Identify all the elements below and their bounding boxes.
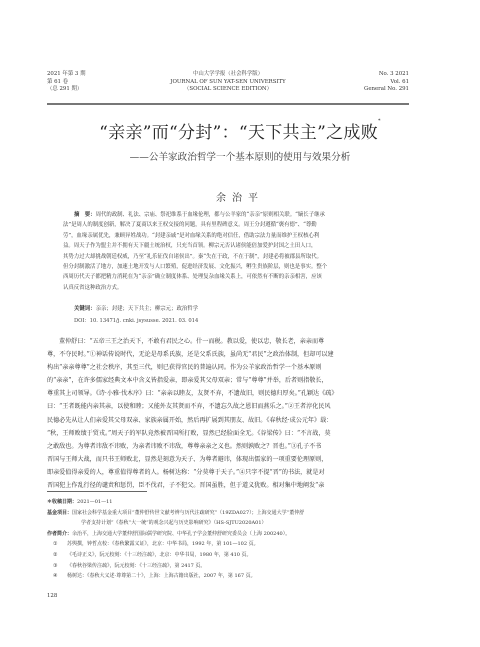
keywords-text: 亲亲；封建；天下共主；柳宗元；政治哲学 (96, 306, 198, 312)
footnotes: ＊收稿日期：2021—01—11 基金项目：国家社会科学基金重大项目“董仲舒传世… (47, 497, 409, 582)
abstract-line: 西周历代天子都把精力消耗在为“亲亲”确立制度体系、处理复杂血缘关系上，可依然有不… (63, 272, 409, 282)
footnote-text: 杨树达：《春秋大义述·尊尊第二十》，上海：上海古籍出版社，2007 年，第 16… (67, 573, 256, 579)
received-date: ＊收稿日期：2021—01—11 (47, 497, 409, 508)
abstract-label: 摘 要： (74, 212, 96, 218)
author-info: 作者简介：余治平，上海交通大学董仲舒国际儒学研究院、中华孔子学会董仲舒研究委员会… (47, 529, 409, 540)
body-text: 董仲舒曰：“五帝三王之治天下，不敢有君民之心。什一而税。教以爱，使以忠，敬长老，… (47, 335, 409, 492)
article-title: “亲亲”而“分封”：“天下共主”之成败* (0, 118, 480, 143)
body-line: 的“亲亲”，在许多儒家经典文本中含义皆指爱亲，即亲爱其父母双亲；常与“尊尊”并举… (47, 374, 409, 387)
footnote-number: ④ (47, 571, 67, 582)
running-header: 2021 年第 3 期 第 61 卷 （总 291 期） 中山大学学报（社会科学… (47, 71, 409, 101)
journal-edition-en: （SOCIAL SCIENCE EDITION） (47, 86, 409, 94)
header-divider (47, 103, 409, 105)
footnote-item: ②《毛诗正义》，阮元校刻：《十三经注疏》，北京：中华书局，1980 年，第 41… (47, 550, 409, 561)
article-author: 余治平 (0, 189, 480, 204)
author-info-label: 作者简介： (47, 531, 72, 537)
journal-page: 2021 年第 3 期 第 61 卷 （总 291 期） 中山大学学报（社会科学… (0, 0, 480, 647)
abstract-line: 其势力过大却挑战朝廷权威，乃至“礼乐征伐自诸侯出”。秦“失在于政，不在于制”，封… (63, 252, 409, 262)
abstract-line: 法”是周人的制度创新，解决了夏商以来王权交接的问题，具有里程碑意义。周王分封遵循… (63, 220, 409, 230)
abstract-line: 益。周天子作为盟主并不拥有天下疆土统治权，只充当首领。柳宗元否认诸侯能倍加爱护封… (63, 241, 409, 251)
fund-text: 国家社会科学基金重大项目“董仲舒传世文献考辨与历代注疏研究”（19ZDA027）… (72, 510, 304, 516)
body-line: 之敢敌也。为尊者讳敌不讳败，为亲者讳败不讳敌，尊尊亲亲之义也。然则孰败之？晋也。… (47, 440, 409, 453)
article-title-text: “亲亲”而“分封”：“天下共主”之成败 (99, 123, 378, 143)
keywords-label: 关键词： (74, 306, 96, 312)
footnote-number: ② (47, 550, 67, 561)
footnote-divider (47, 491, 147, 492)
fund-info: 基金项目：国家社会科学基金重大项目“董仲舒传世文献考辨与历代注疏研究”（19ZD… (47, 508, 409, 519)
author-info-text: 余治平，上海交通大学董仲舒国际儒学研究院、中华孔子学会董仲舒研究委员会（上海 2… (72, 531, 290, 537)
body-line: 晋国与王师大战，而只书王师败北，显然是刻意为天子、为尊者避讳，体现出儒家的一项重… (47, 453, 409, 466)
article-subtitle: ——公羊家政治哲学一个基本原则的使用与效果分析 (0, 149, 480, 163)
footnote-text: 苏舆撰，钟哲点校：《春秋繁露义证》，北京：中华书局，1992 年，第 101—1… (67, 541, 259, 547)
body-line: “秋，王师败绩于贸戎。”周天子的军队竟然被晋国所打败，显然已经脸面全无。《谷梁传… (47, 427, 409, 440)
footnote-number: ① (47, 539, 67, 550)
volume-label-en: Vol. 61 (364, 79, 409, 87)
body-line: 民德必先从让人们亲爱其父母双亲、家族亲属开始，然后再扩展到其朋友、故旧。《春秋经… (47, 414, 409, 427)
abstract: 摘 要：周代的政制、礼法、宗庙、祭祀维系于血缘伦理，都与公羊家的“亲亲”原则相关… (63, 210, 409, 293)
fund-text-continued: 学者支持计划”《春秋“大一统”的观念兴起与历史影响研究》（HS-SJTU2020… (47, 518, 409, 529)
footnote-number: ③ (47, 561, 67, 572)
body-line: 曰：“王者既能内亲其亲，以使和睦；又能外友其贤而不弃，不遗忘久故之恩旧而燕乐之。… (47, 400, 409, 413)
footnote-item: ④杨树达：《春秋大义述·尊尊第二十》，上海：上海古籍出版社，2007 年，第 1… (47, 571, 409, 582)
page-number: 128 (47, 593, 57, 599)
body-line: 即亲爱值得亲爱的人，尊重值得尊者的人。杨树达称：“分莫尊于天子。”④只字不提“晋… (47, 466, 409, 479)
general-issue-label-en: General No. 291 (364, 86, 409, 94)
received-value: 2021—01—11 (77, 499, 112, 505)
body-line: 尊重其上司领导。《诗·小雅·伐木序》曰：“亲亲以睦友，友贤不弃，不遗故旧，则民德… (47, 387, 409, 400)
abstract-line: 认真反省这种政治方式。 (63, 283, 409, 293)
fund-label: 基金项目： (47, 510, 72, 516)
abstract-line: 周代的政制、礼法、宗庙、祭祀维系于血缘伦理，都与公羊家的“亲亲”原则相关联。“嫡… (96, 212, 325, 218)
keywords: 关键词：亲亲；封建；天下共主；柳宗元；政治哲学 (74, 304, 198, 312)
body-line: 构出“亲亲尊尊”之社会秩序，其至三代，则已获得官民的普遍认同。作为公羊家政治哲学… (47, 361, 409, 374)
footnote-item: ③《春秋谷梁传注疏》，阮元校刻：《十三经注疏》，第 2417 页。 (47, 561, 409, 572)
issue-label-en: No. 3 2021 (364, 71, 409, 79)
body-line: 尊，不夺民时。”①神话传说时代，无论是母系氏族，还是父系氏族，虽尚无“君民”之政… (47, 348, 409, 361)
footnote-item: ①苏舆撰，钟哲点校：《春秋繁露义证》，北京：中华书局，1992 年，第 101—… (47, 539, 409, 550)
header-center: 中山大学学报（社会科学版） JOURNAL OF SUN YAT-SEN UNI… (47, 71, 409, 94)
abstract-line: 劳”，血缘亲属优先，兼顾异姓战功。“封建亲戚”是对血缘关系的绝对信任，借助宗法力… (63, 231, 409, 241)
header-right: No. 3 2021 Vol. 61 General No. 291 (364, 71, 409, 94)
body-line: 董仲舒曰：“五帝三王之治天下，不敢有君民之心。什一而税。教以爱，使以忠，敬长老，… (47, 335, 409, 348)
abstract-line: 但分封制激活了地方，加速土地开发与人口繁殖，促进经济发展、文化振兴，孵生贵族阶层… (63, 262, 409, 272)
received-label: ＊收稿日期： (47, 499, 77, 505)
footnote-text: 《毛诗正义》，阮元校刻：《十三经注疏》，北京：中华书局，1980 年，第 410… (67, 552, 252, 558)
doi: DOI：10. 13471/j. cnki. jsysusse. 2021. 0… (74, 317, 198, 324)
journal-name-zh: 中山大学学报（社会科学版） (47, 71, 409, 79)
title-footnote-mark: * (378, 118, 381, 124)
footnote-text: 《春秋谷梁传注疏》，阮元校刻：《十三经注疏》，第 2417 页。 (67, 563, 205, 569)
